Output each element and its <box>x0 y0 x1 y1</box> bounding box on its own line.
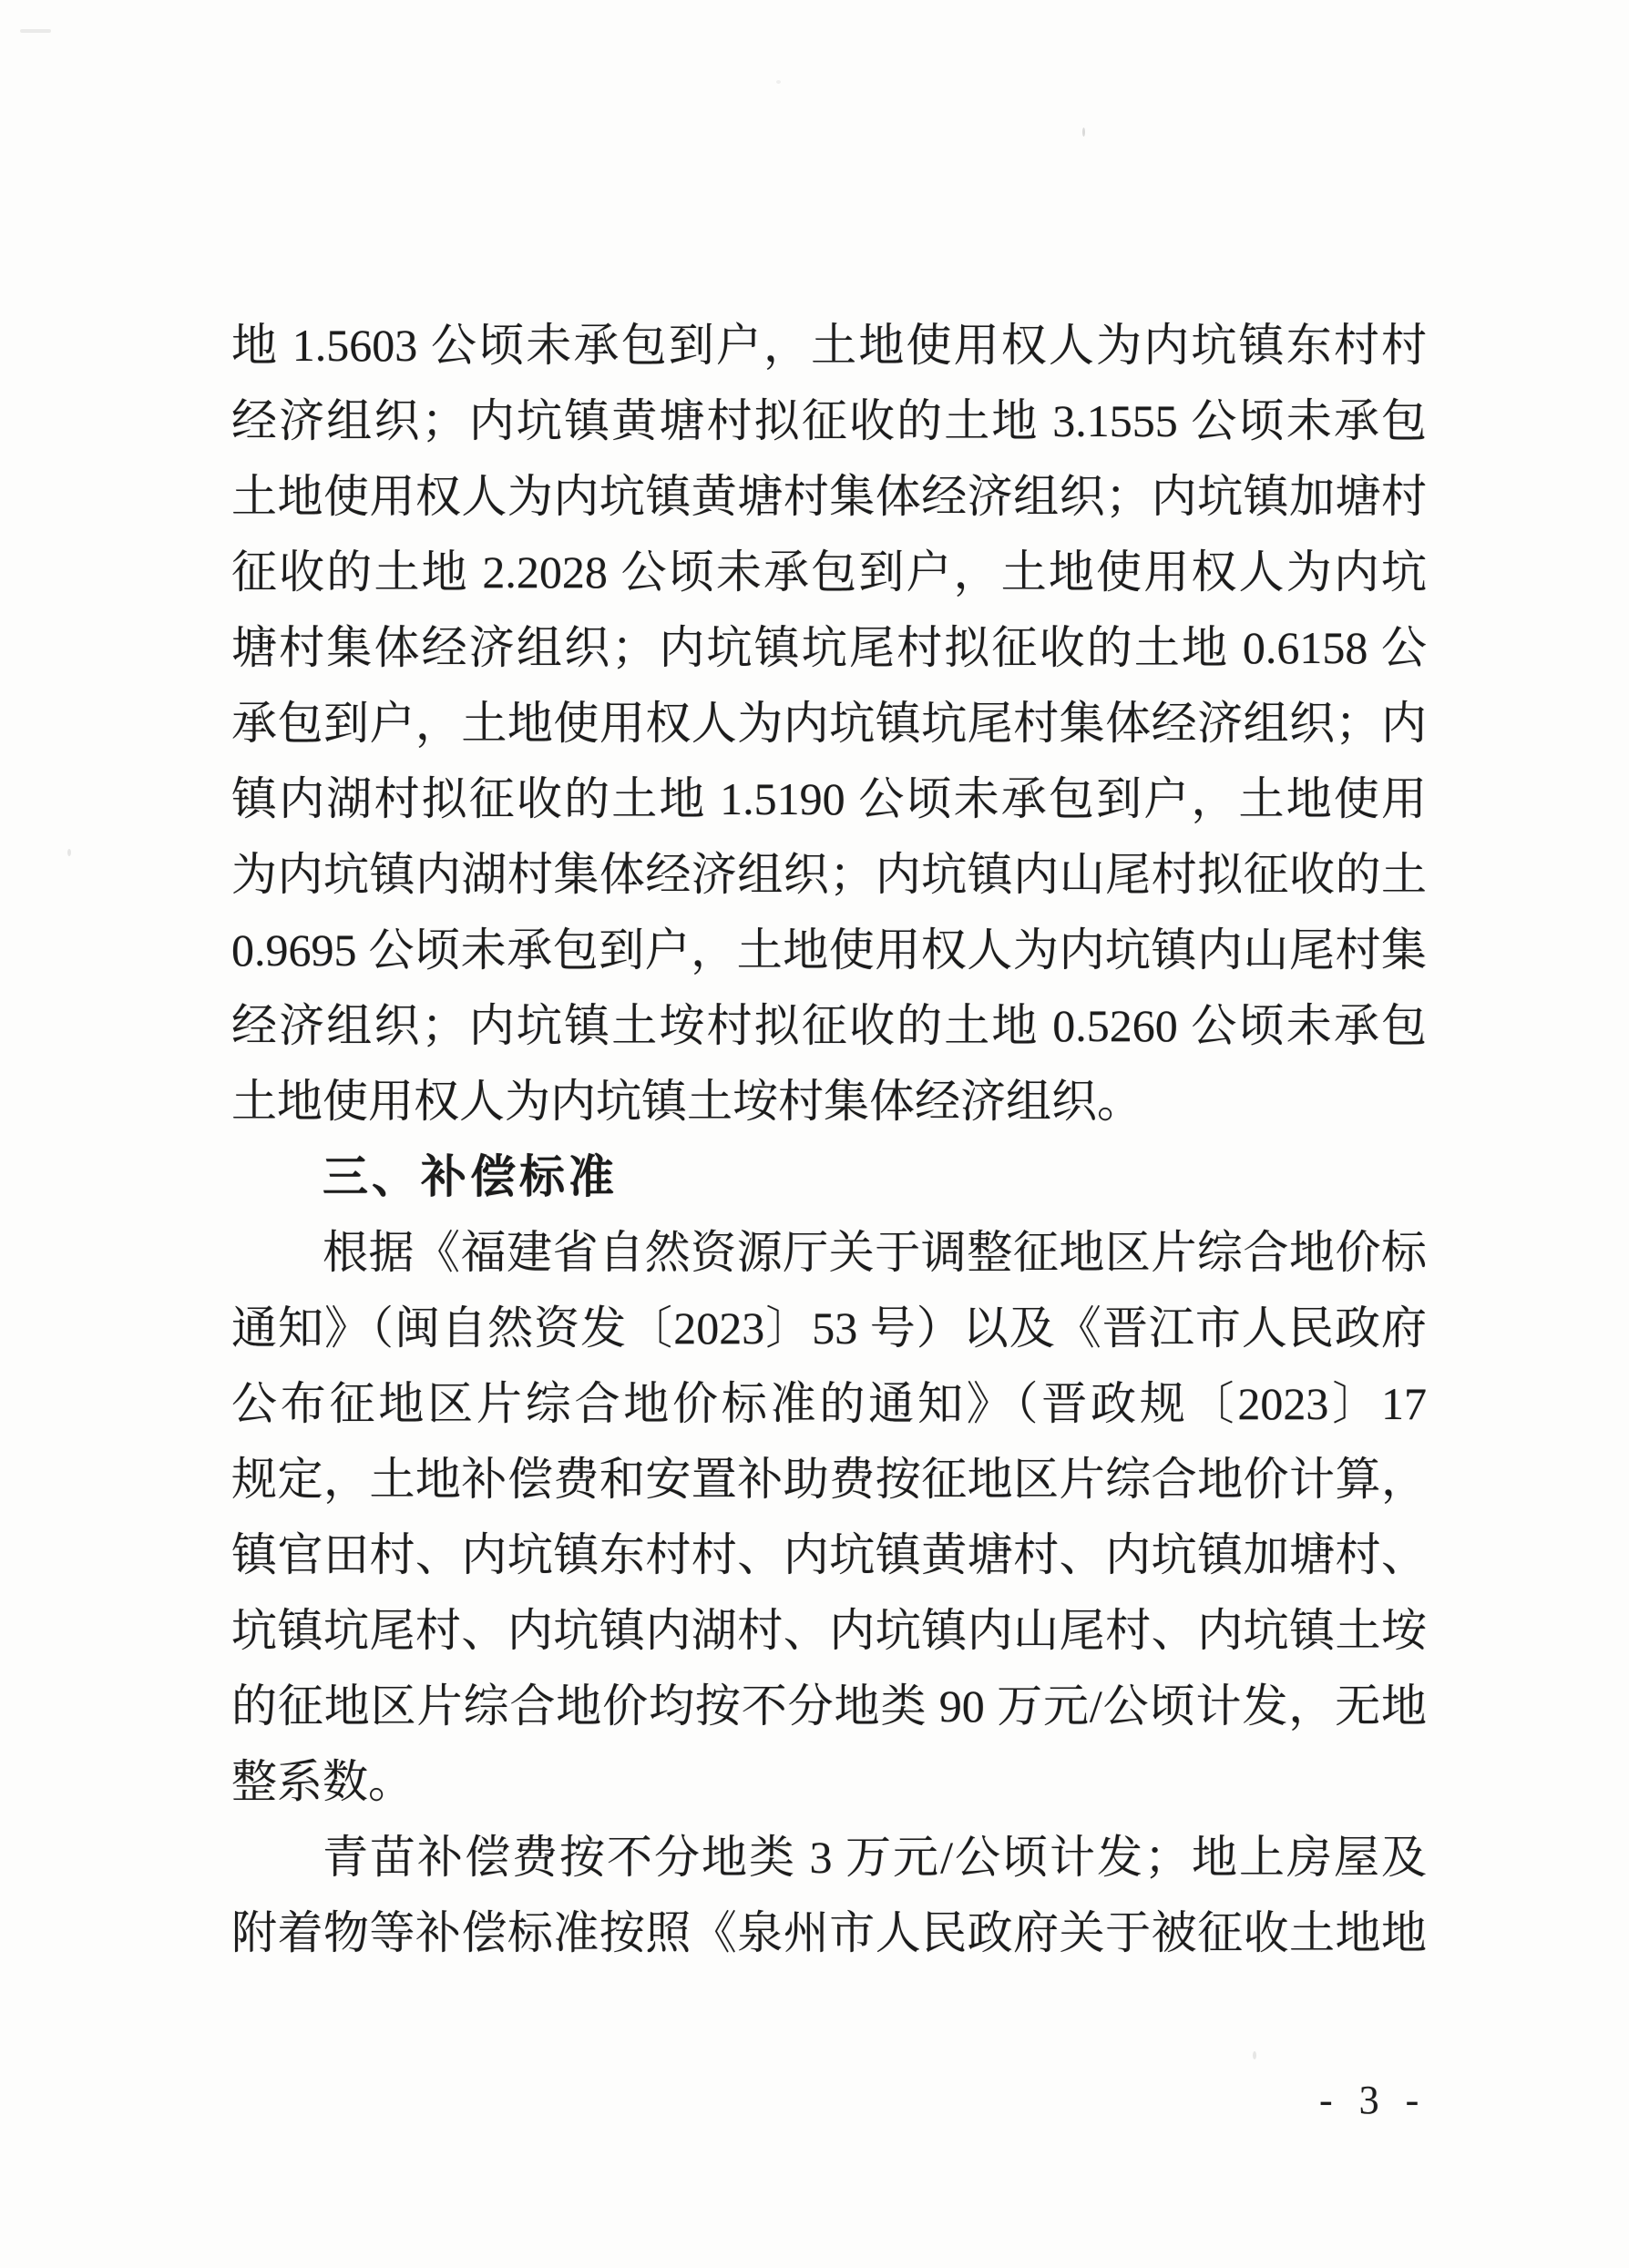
body-line: 的征地区片综合地价均按不分地类 90 万元/公顷计发，无地类调 <box>231 1669 1427 1744</box>
scan-speck <box>20 29 51 33</box>
body-line: 经济组织；内坑镇土垵村拟征收的土地 0.5260 公顷未承包到户， <box>231 988 1427 1064</box>
body-line: 为内坑镇内湖村集体经济组织；内坑镇内山尾村拟征收的土地 <box>231 837 1427 913</box>
body-line: 承包到户，土地使用权人为内坑镇坑尾村集体经济组织；内坑 <box>231 686 1427 761</box>
document-body: 地 1.5603 公顷未承包到户，土地使用权人为内坑镇东村村集体 经济组织；内坑… <box>231 308 1427 1971</box>
body-line: 经济组织；内坑镇黄塘村拟征收的土地 3.1555 公顷未承包到户， <box>231 383 1427 459</box>
body-line: 征收的土地 2.2028 公顷未承包到户，土地使用权人为内坑镇加 <box>231 535 1427 610</box>
scan-speck <box>1082 128 1085 137</box>
body-line: 土地使用权人为内坑镇黄塘村集体经济组织；内坑镇加塘村拟 <box>231 459 1427 535</box>
body-line: 镇内湖村拟征收的土地 1.5190 公顷未承包到户，土地使用权人 <box>231 761 1427 837</box>
scan-speck <box>1253 2051 1256 2059</box>
scan-speck <box>776 80 781 84</box>
body-line: 镇官田村、内坑镇东村村、内坑镇黄塘村、内坑镇加塘村、内 <box>231 1517 1427 1593</box>
page-number: - 3 - <box>1319 2077 1427 2123</box>
document-page: 地 1.5603 公顷未承包到户，土地使用权人为内坑镇东村村集体 经济组织；内坑… <box>0 0 1629 2268</box>
body-line: 通知》（闽自然资发〔2023〕53 号）以及《晋江市人民政府关于 <box>231 1291 1427 1366</box>
body-line: 土地使用权人为内坑镇土垵村集体经济组织。 <box>231 1064 1427 1139</box>
body-line: 根据《福建省自然资源厅关于调整征地区片综合地价标准的 <box>231 1215 1427 1291</box>
body-line: 青苗补偿费按不分地类 3 万元/公顷计发；地上房屋及其他 <box>231 1820 1427 1895</box>
body-line: 坑镇坑尾村、内坑镇内湖村、内坑镇内山尾村、内坑镇土垵村 <box>231 1593 1427 1669</box>
body-line: 0.9695 公顷未承包到户，土地使用权人为内坑镇内山尾村集体 <box>231 913 1427 988</box>
body-line: 整系数。 <box>231 1744 1427 1820</box>
body-line: 附着物等补偿标准按照《泉州市人民政府关于被征收土地地上 <box>231 1895 1427 1971</box>
body-line: 塘村集体经济组织；内坑镇坑尾村拟征收的土地 0.6158 公顷未 <box>231 610 1427 686</box>
body-line: 公布征地区片综合地价标准的通知》（晋政规〔2023〕17 号）的 <box>231 1366 1427 1442</box>
body-line: 规定，土地补偿费和安置补助费按征地区片综合地价计算，磁灶 <box>231 1442 1427 1517</box>
section-heading: 三、补偿标准 <box>231 1139 1427 1215</box>
scan-speck <box>67 849 71 856</box>
body-line: 地 1.5603 公顷未承包到户，土地使用权人为内坑镇东村村集体 <box>231 308 1427 383</box>
